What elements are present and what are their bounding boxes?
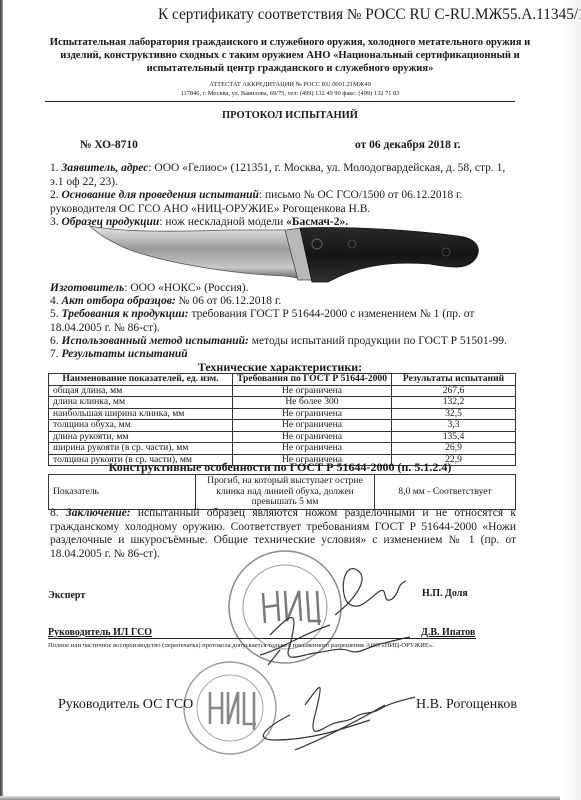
section-applicant: 1. Заявитель, адрес: ООО «Гелиос» (12135… [50, 162, 516, 189]
os-head-role: Руководитель ОС ГСО [58, 697, 193, 713]
parameter-cell: длина рукояти, мм [49, 431, 233, 443]
section-label: Заявитель, адрес [62, 162, 149, 174]
result-cell: 135,4 [392, 431, 516, 443]
requirement-cell: Не более 300 [233, 397, 392, 409]
section-number: 3. [50, 216, 62, 228]
construction-table-title: Конструктивные особенности по ГОСТ Р 516… [45, 460, 515, 475]
requirement-cell: Не ограничена [233, 420, 392, 432]
section-label: Требования к продукции: [62, 308, 189, 320]
section-number: 2. [50, 189, 62, 201]
certificate-reference: К сертификату соответствия № РОСС RU C-R… [158, 6, 558, 24]
technical-table: Наименование показателей, ед. изм. Требо… [48, 373, 516, 466]
table-row: ширина рукояти (в ср. части), мм Не огра… [49, 443, 516, 455]
expert-name: Н.П. Доля [422, 588, 468, 599]
protocol-date: от 06 декабря 2018 г. [355, 139, 461, 151]
section-requirements: 5. Требования к продукции: требования ГО… [50, 308, 516, 335]
reproduction-notice: Полное или частичное воспроизводство (пе… [48, 642, 434, 649]
section-label: Результаты испытаний [62, 348, 188, 360]
signatures-icon [220, 555, 420, 770]
section-number: 8. [50, 507, 66, 519]
accreditation-block: АТТЕСТАТ АККРЕДИТАЦИИ № РОСС RU.0001.21М… [40, 80, 540, 98]
section-label: Изготовитель [50, 282, 124, 294]
section-number: 5. [50, 308, 62, 320]
table-row: длина клинка, мм Не более 300 132,2 [49, 397, 516, 409]
result-cell: 26,9 [392, 443, 516, 455]
parameter-cell: толщина обуха, мм [49, 420, 233, 432]
parameter-cell: наибольшая ширина клинка, мм [49, 408, 233, 420]
table-row: Показатель Прогиб, на который выступает … [49, 475, 516, 510]
lab-head-name: Д.В. Ипатов [421, 627, 475, 638]
section-number: 4. [50, 295, 62, 307]
section-text: № 06 от 06.12.2018 г. [176, 295, 282, 307]
protocol-title: ПРОТОКОЛ ИСПЫТАНИЙ [40, 110, 540, 121]
section-sampling-act: 4. Акт отбора образцов: № 06 от 06.12.20… [50, 295, 516, 309]
parameter-cell: длина клинка, мм [49, 397, 233, 409]
column-header: Наименование показателей, ед. изм. [49, 374, 233, 386]
table-row: общая длина, мм Не ограничена 267,6 [49, 385, 516, 397]
section-label: Заключение: [66, 507, 131, 519]
requirement-cell: Не ограничена [233, 408, 392, 420]
header-divider [45, 101, 515, 102]
page-edge-bottom [0, 796, 560, 800]
requirement-cell: Прогиб, на который выступает острие клин… [196, 475, 375, 510]
page-edge-left [0, 0, 3, 800]
protocol-number: № ХО-8710 [80, 139, 138, 151]
parameter-cell: общая длина, мм [49, 385, 233, 397]
knife-image [80, 224, 490, 286]
result-cell: 267,6 [392, 385, 516, 397]
table-row: толщина обуха, мм Не ограничена 3,3 [49, 420, 516, 432]
section-number: 7. [50, 348, 62, 360]
section-basis: 2. Основание для проведения испытаний: п… [50, 189, 516, 216]
result-cell: 32,5 [392, 408, 516, 420]
section-number: 6. [50, 335, 62, 347]
lab-head-role: Руководитель ИЛ ГСО [48, 627, 152, 638]
indicator-cell: Показатель [49, 475, 196, 510]
section-text: методы испытаний продукции по ГОСТ Р 515… [249, 335, 507, 347]
section-manufacturer: Изготовитель: ООО «НОКС» (Россия). [50, 282, 516, 296]
table-row: наибольшая ширина клинка, мм Не ограниче… [49, 408, 516, 420]
laboratory-address: 117846, г. Москва, ул. Вавилова, 69/75, … [40, 89, 540, 98]
accreditation-number: АТТЕСТАТ АККРЕДИТАЦИИ № РОСС RU.0001.21М… [40, 80, 540, 89]
section-label: Акт отбора образцов: [62, 295, 176, 307]
laboratory-header: Испытательная лаборатория гражданского и… [40, 36, 540, 75]
section-label: Использованный метод испытаний: [62, 335, 249, 347]
os-head-name: Н.В. Рогощенков [416, 697, 517, 713]
section-label: Основание для проведения испытаний [62, 189, 259, 201]
requirement-cell: Не ограничена [233, 431, 392, 443]
result-cell: 8,0 мм - Соответствует [375, 475, 516, 510]
result-cell: 132,2 [392, 397, 516, 409]
knife-blade [90, 226, 298, 278]
column-header: Требования по ГОСТ Р 51644-2000 [233, 374, 392, 386]
table-header-row: Наименование показателей, ед. изм. Требо… [49, 374, 516, 386]
section-text: : ООО «НОКС» (Россия). [124, 282, 248, 294]
requirement-cell: Не ограничена [233, 385, 392, 397]
section-method: 6. Использованный метод испытаний: метод… [50, 335, 516, 349]
knife-handle [300, 227, 478, 282]
expert-role: Эксперт [48, 590, 85, 601]
requirement-cell: Не ограничена [233, 443, 392, 455]
construction-table: Показатель Прогиб, на который выступает … [48, 474, 516, 510]
parameter-cell: ширина рукояти (в ср. части), мм [49, 443, 233, 455]
column-header: Результаты испытаний [392, 374, 516, 386]
result-cell: 3,3 [392, 420, 516, 432]
signature-divider [48, 638, 476, 639]
table-row: длина рукояти, мм Не ограничена 135,4 [49, 431, 516, 443]
section-number: 1. [50, 162, 62, 174]
page-edge-right [561, 0, 581, 800]
